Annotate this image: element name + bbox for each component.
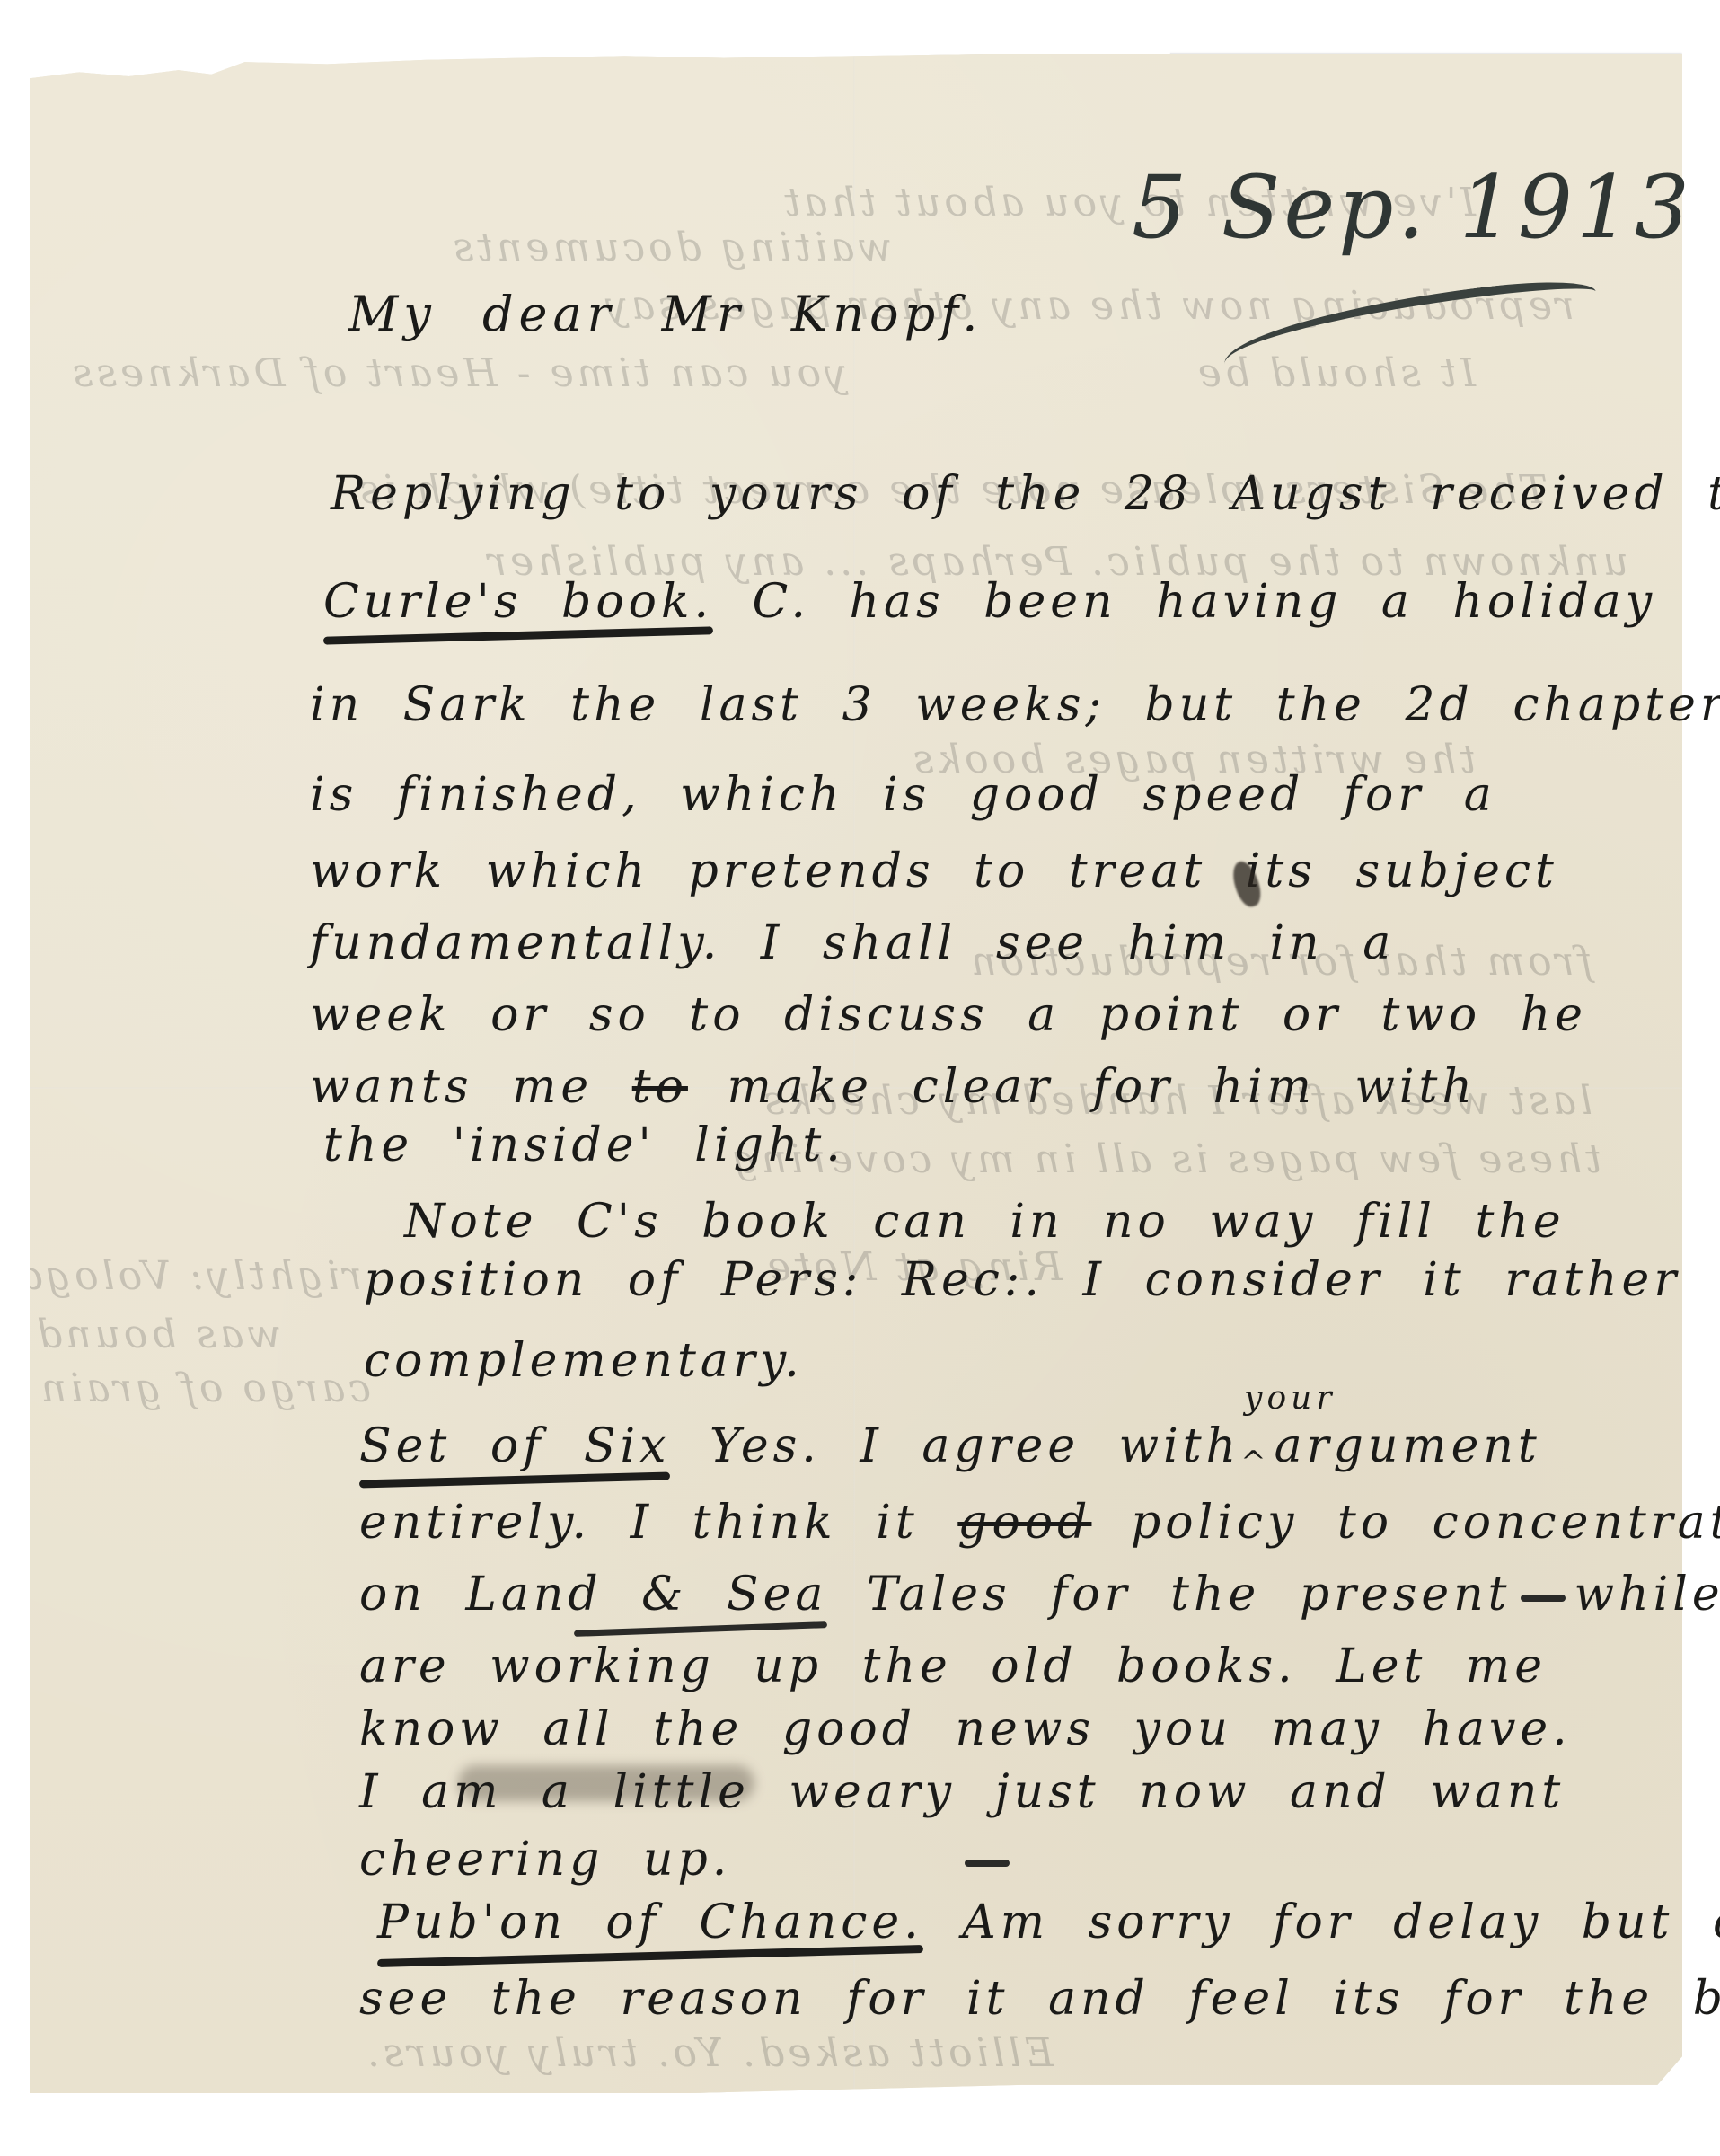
curle-line-7-b: make clear for him with [727, 1060, 1476, 1114]
curle-line-3: is finished, which is good speed for a [310, 768, 1496, 822]
set-of-six-heading: Set of Six [359, 1419, 670, 1473]
set-of-six-line-2: entirely. I think it good policy to conc… [359, 1496, 1720, 1550]
curle-paragraph-line-1: Curle's book. C. has been having a holid… [323, 575, 1656, 629]
intro-line: Replying to yours of the 28 Augst receiv… [331, 467, 1720, 521]
curle-line-7: wants me to make clear for him with [310, 1060, 1477, 1114]
set-of-six-line-3-b: Tales for the present [867, 1568, 1512, 1621]
showthrough-line: waiting documents [450, 225, 892, 270]
dash-mark [1521, 1595, 1566, 1602]
curle-line-8: the 'inside' light. [323, 1118, 845, 1172]
set-of-six-line-1-end: argument [1275, 1419, 1541, 1473]
salutation: My dear Mr Knopf. [348, 286, 983, 342]
curle-line-2: in Sark the last 3 weeks; but the 2d cha… [310, 678, 1720, 732]
curle-line-7-a: wants me [310, 1060, 593, 1114]
set-of-six-line-3-a: on [359, 1568, 427, 1621]
showthrough-line: Elliott asked. Yo. truly yours. [364, 2030, 1054, 2076]
showthrough-line: cargo of grain [38, 1365, 371, 1411]
curle-line-1-text: C. has been having a holiday [753, 575, 1657, 629]
note-line-1: Note C's book can in no way fill the [404, 1195, 1566, 1249]
letter-date: 5 Sep. 1913 [1132, 157, 1693, 258]
curle-line-6: week or so to discuss a point or two he [310, 988, 1587, 1042]
land-and-sea-title: Land & Sea [465, 1568, 827, 1621]
set-of-six-line-6: I am a little weary just now and want [359, 1765, 1565, 1819]
curle-line-5: fundamentally. I shall see him in a [310, 916, 1395, 970]
set-of-six-line-5: know all the good news you may have. [359, 1702, 1572, 1756]
set-of-six-line-1-text: Yes. I agree with [710, 1419, 1240, 1473]
set-of-six-line-2-b: policy to concentrate [1131, 1496, 1720, 1550]
insertion-mark: your^ [1240, 1419, 1275, 1473]
inserted-word: your [1244, 1380, 1336, 1417]
chance-line-1-text: Am sorry for delay but can [962, 1895, 1720, 1949]
note-line-3: complementary. [364, 1334, 804, 1388]
note-line-2: position of Pers: Rec:. I consider it ra… [364, 1253, 1720, 1307]
curle-line-4: work which pretends to treat its subject [310, 844, 1558, 898]
set-of-six-line-3: on Land & Sea Tales for the presentwhile… [359, 1568, 1720, 1621]
chance-heading: Pub'on of Chance. [377, 1895, 923, 1949]
caret-mark: ^ [1240, 1445, 1271, 1480]
set-of-six-line-7: cheering up. [359, 1833, 1019, 1886]
set-of-six-line-3-c: while you [1574, 1568, 1720, 1621]
showthrough-line: you can time - Heart of Darkness [69, 350, 847, 396]
set-of-six-line-7-text: cheering up. [359, 1833, 731, 1886]
showthrough-line: rightly: Vologda [0, 1253, 362, 1299]
showthrough-line: was bound [33, 1312, 281, 1357]
chance-line-2: see the reason for it and feel its for t… [359, 1972, 1720, 2026]
showthrough-line: these few pages is all in my covering [729, 1136, 1601, 1182]
set-of-six-line-4: are working up the old books. Let me [359, 1639, 1547, 1693]
struck-word: to [632, 1060, 688, 1114]
struck-word: good [957, 1496, 1091, 1550]
curle-book-heading: Curle's book. [323, 575, 713, 629]
dash-mark [965, 1860, 1010, 1867]
set-of-six-line-1: Set of Six Yes. I agree withyour^argumen… [359, 1419, 1541, 1473]
chance-line-1: Pub'on of Chance. Am sorry for delay but… [377, 1895, 1720, 1949]
set-of-six-line-2-a: entirely. I think it [359, 1496, 919, 1550]
